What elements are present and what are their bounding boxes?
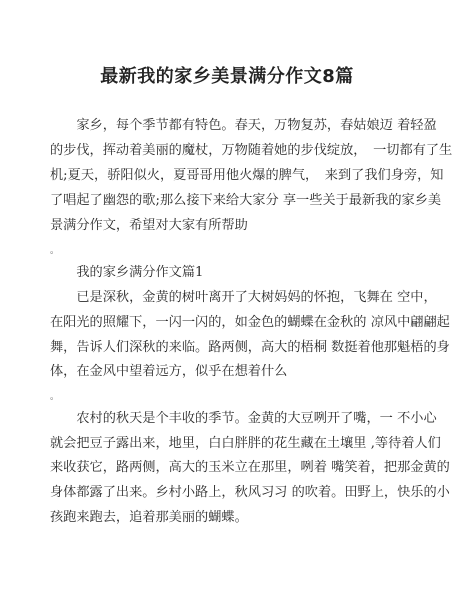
text-line: 了唱起了幽怨的歌;那么接下来给大家分 享一些关于最新我的家乡美 <box>50 193 410 209</box>
section-heading: 我的家乡满分作文篇1 <box>50 265 410 281</box>
text-line: 体，在金风中望着远方，似乎在想着什么 <box>50 364 410 380</box>
text-line: 孩跑来跑去，追着那美丽的蝴蝶。 <box>50 510 410 526</box>
text-line: 农村的秋天是个丰收的季节。金黄的大豆咧开了嘴，一 不小心 <box>50 411 410 427</box>
text-line: 机;夏天，骄阳似火，夏哥哥用他火爆的脾气， 来到了我们身旁，知 <box>50 168 410 184</box>
text-line: 身体都露了出来。乡村小路上，秋风习习 的吹着。田野上，快乐的小 <box>50 485 410 501</box>
text-line: 已是深秋，金黄的树叶离开了大树妈妈的怀抱，飞舞在 空中， <box>50 290 410 306</box>
text-line: 的步伐，挥动着美丽的魔杖，万物随着她的步伐绽放， 一切都有了生 <box>50 143 410 159</box>
text-line: 在阳光的照耀下，一闪一闪的，如金色的蝴蝶在金秋的 凉风中翩翩起 <box>50 315 410 331</box>
document-title: 最新我的家乡美景满分作文8篇 <box>0 62 454 88</box>
paragraph-end-mark: 。 <box>50 389 59 402</box>
text-line: 来收获它，路两侧，高大的玉米立在那里，咧着 嘴笑着，把那金黄的 <box>50 460 410 476</box>
text-line: 家乡，每个季节都有特色。春天，万物复苏，春姑娘迈 着轻盈 <box>50 118 410 134</box>
text-line: 景满分作文，希望对大家有所帮助 <box>50 218 410 234</box>
text-line: 就会把豆子露出来，地里，白白胖胖的花生藏在土壤里 ,等待着人们 <box>50 436 410 452</box>
text-line: 舞，告诉人们深秋的来临。路两侧，高大的梧桐 数挺着他那魁梧的身 <box>50 340 410 356</box>
paragraph-end-mark: 。 <box>50 243 59 256</box>
